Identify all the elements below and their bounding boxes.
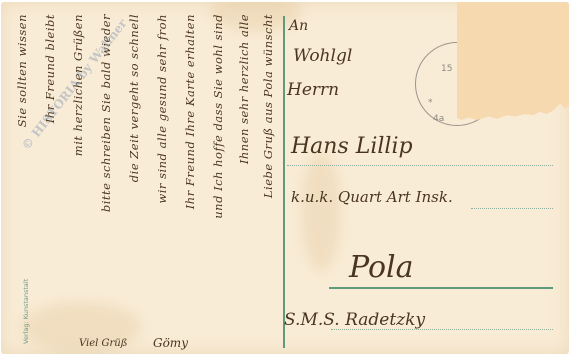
message-line: Sie sollten wissen (15, 14, 29, 127)
message-line: und Ich hoffe dass Sie wohl sind (211, 14, 225, 219)
address-ship: S.M.S. Radetzky (284, 310, 425, 330)
message-line: Ihnen sehr herzlich alle (237, 14, 251, 164)
address-honorific: Herrn (287, 80, 339, 100)
postcard-back: Sie sollten wissen Ihr Freund bleibt mit… (1, 2, 569, 354)
address-name: Hans Lillip (291, 134, 413, 159)
address-line-4 (331, 329, 553, 330)
address-city: Pola (349, 250, 414, 285)
message-line: die Zeit vergeht so schnell (127, 14, 141, 182)
signature: Gömy (153, 336, 188, 350)
message-area: Sie sollten wissen Ihr Freund bleibt mit… (9, 14, 269, 346)
address-line-1 (287, 165, 553, 166)
address-line-2 (471, 208, 553, 209)
age-stain (301, 152, 341, 272)
postmark-date: 15 (441, 64, 452, 74)
address-title: Wohlgl (293, 46, 352, 66)
message-line: Liebe Gruß aus Pola wünscht (261, 14, 275, 198)
address-line-3 (329, 287, 553, 289)
address-salutation: An (289, 18, 308, 34)
postmark-star: * (428, 98, 433, 108)
message-line: wir sind alle gesund sehr froh (155, 14, 169, 204)
closing-text: Viel Grüß (79, 338, 127, 349)
postmark-time: 4a (433, 114, 444, 124)
message-line: Ihr Freund Ihre Karte erhalten (183, 14, 197, 209)
torn-stamp-area (457, 2, 569, 120)
address-unit: k.u.k. Quart Art Insk. (291, 188, 453, 206)
center-divider (283, 16, 285, 348)
publisher-imprint: Verlag: Kunstanstalt (22, 279, 30, 344)
